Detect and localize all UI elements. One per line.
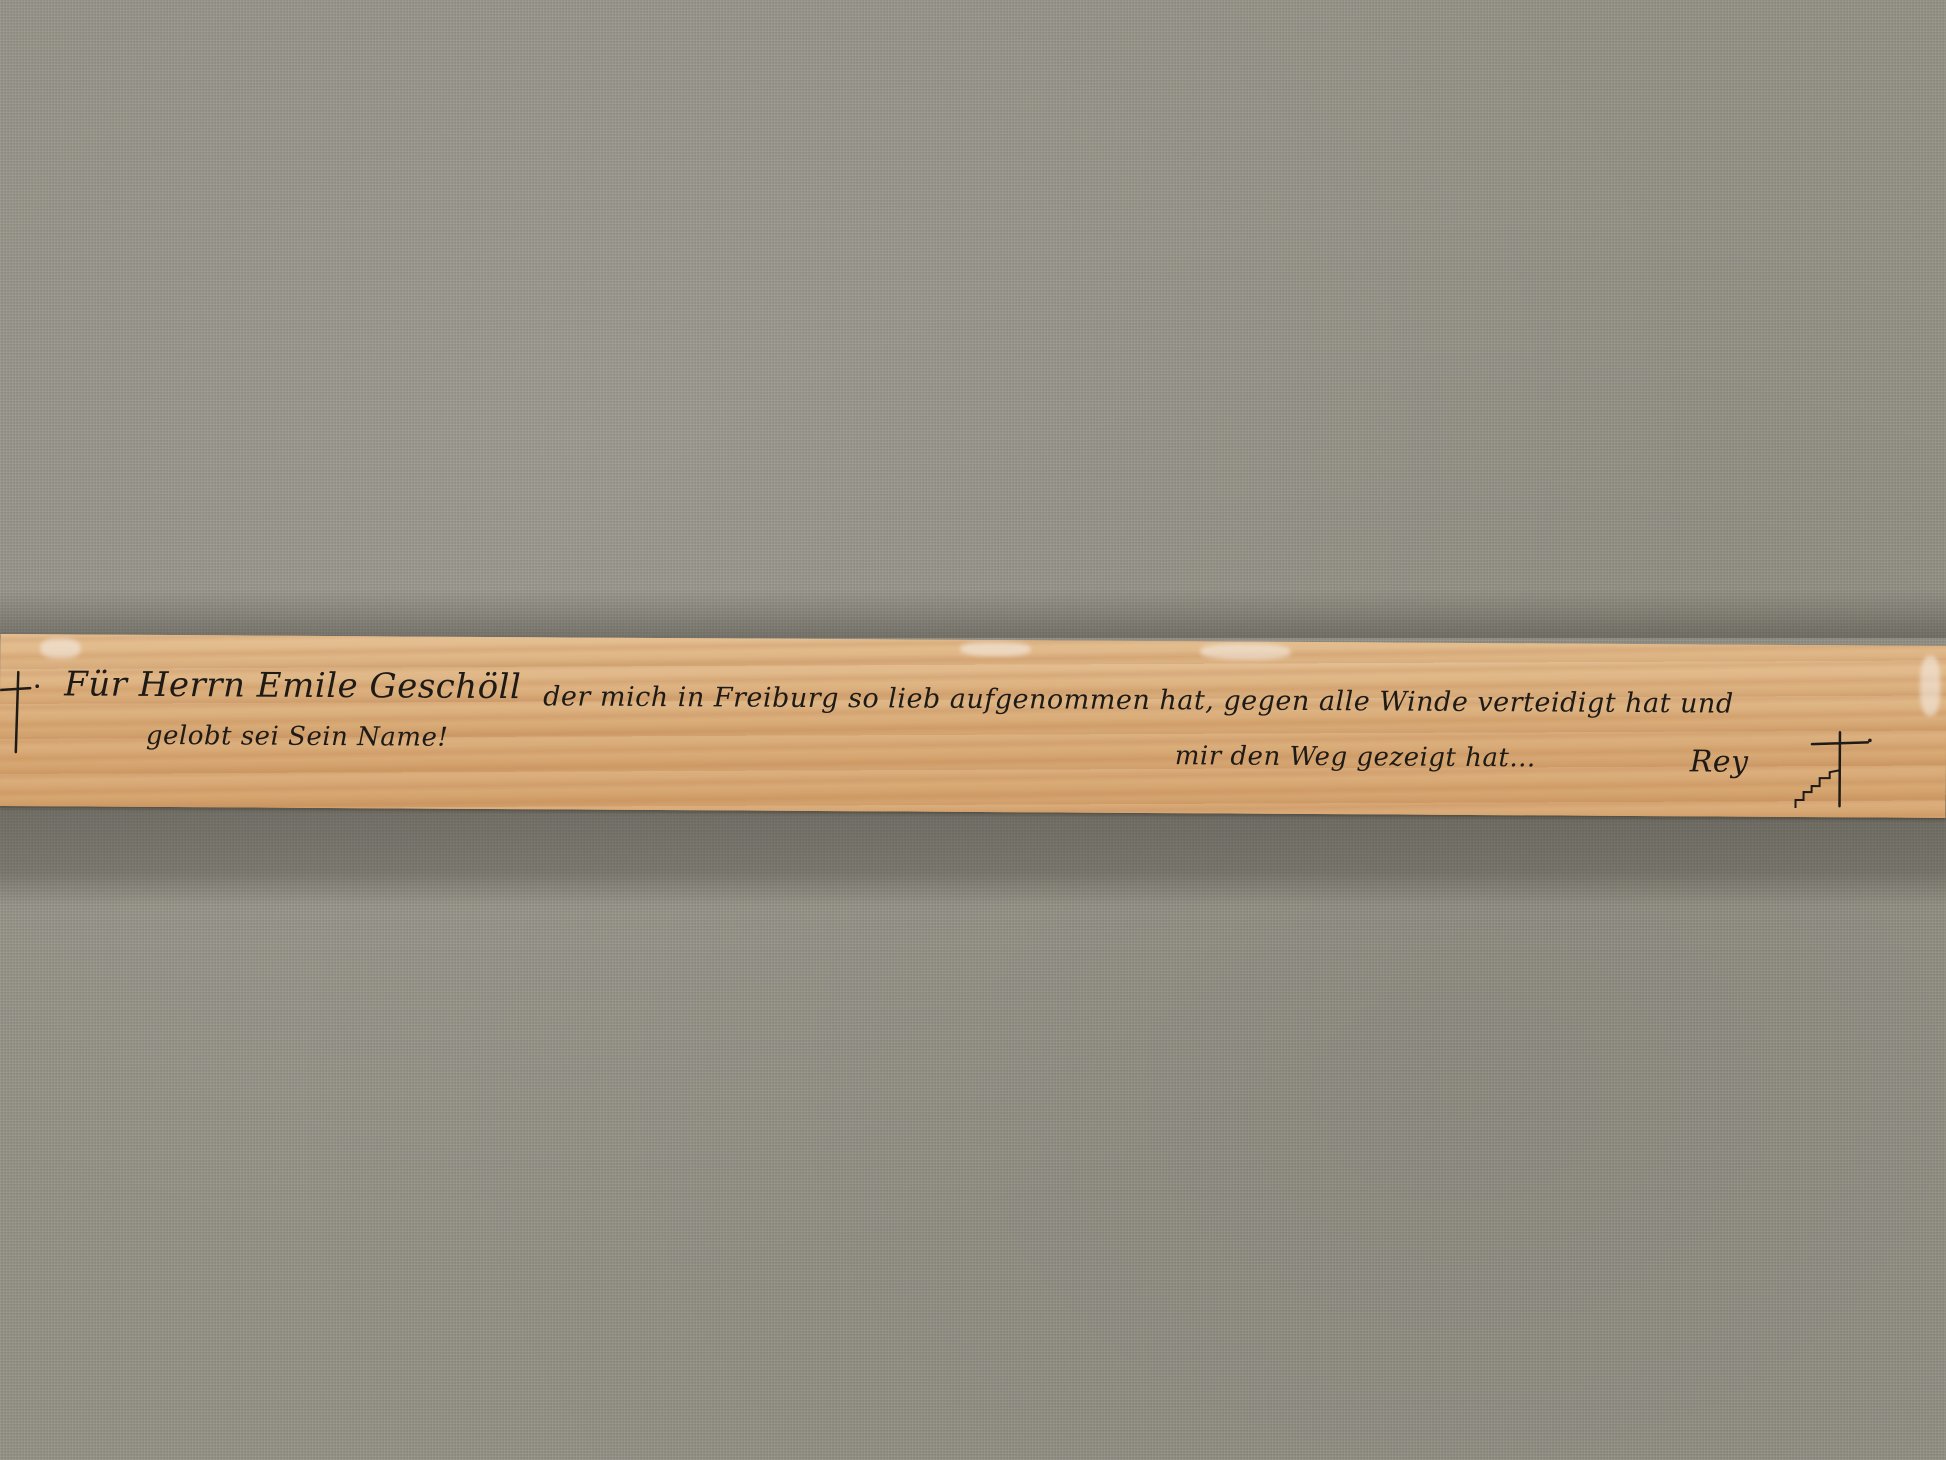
signature: Rey — [1690, 744, 1749, 779]
cross-icon — [0, 652, 40, 762]
inscription-line1-part2: der mich in Freiburg so lieb aufgenommen… — [543, 681, 1734, 719]
canvas-shadow-top — [0, 590, 1946, 638]
paint-smudge — [1200, 643, 1290, 660]
paint-smudge — [1920, 656, 1940, 716]
inscription-line2-part1: gelobt sei Sein Name! — [146, 721, 449, 753]
inscription-line1-part1: Für Herrn Emile Geschöll — [64, 664, 521, 707]
cross-with-stairs-icon — [1791, 730, 1871, 810]
paint-smudge — [40, 638, 80, 658]
wooden-stretcher-bar: Für Herrn Emile Geschöll der mich in Fre… — [0, 634, 1946, 818]
paint-smudge — [960, 642, 1030, 656]
inscription-line2-part2: mir den Weg gezeigt hat... — [1175, 741, 1536, 773]
